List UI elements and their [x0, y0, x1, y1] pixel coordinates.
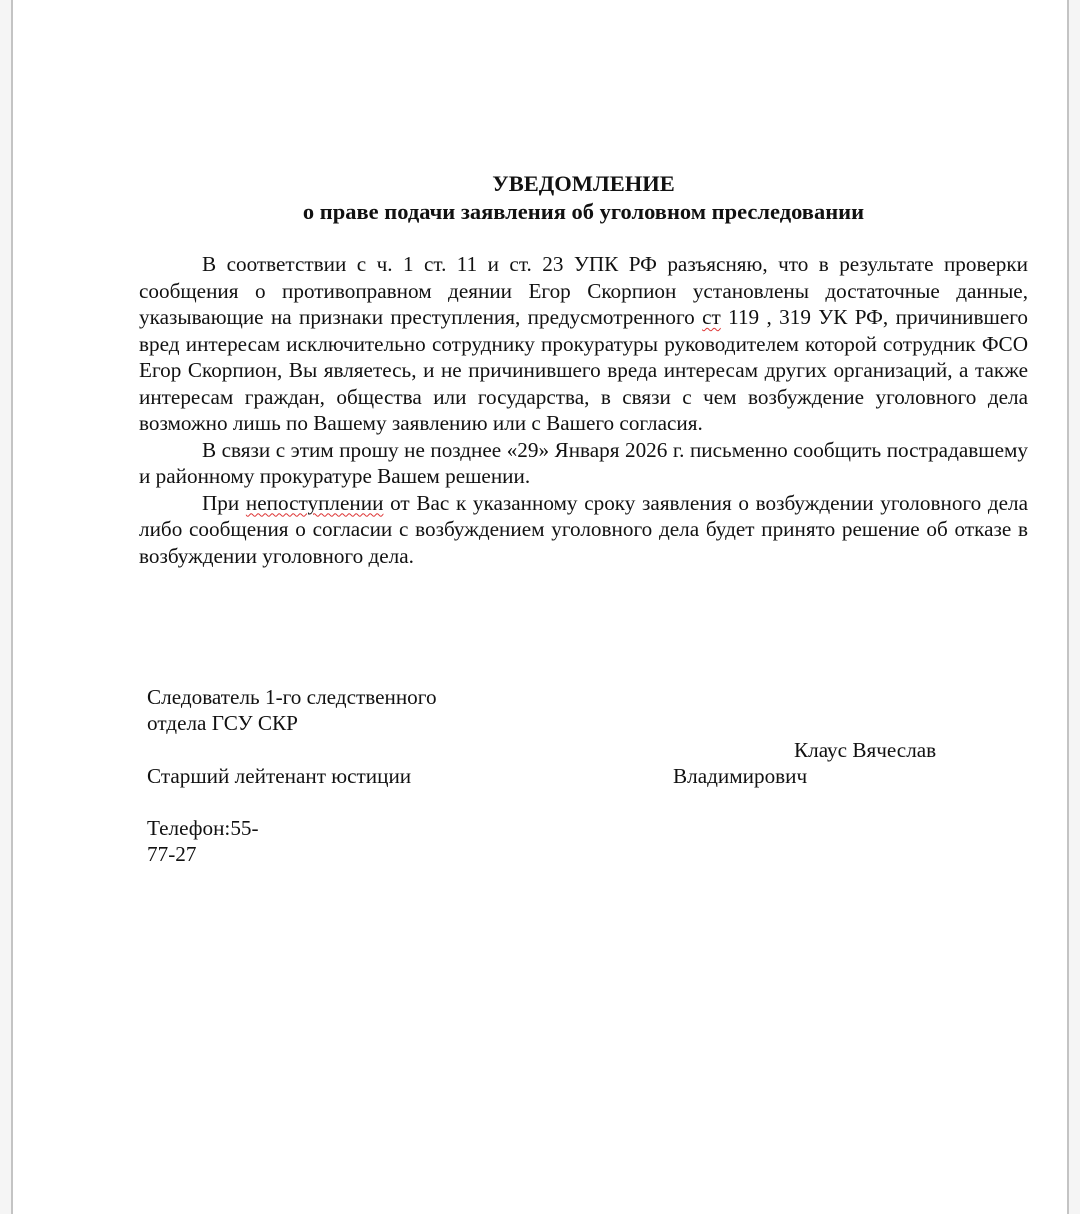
paragraph-text: При [202, 491, 246, 515]
spellcheck-flagged-word[interactable]: непоступлении [246, 491, 384, 515]
signature-position-line1: Следователь 1-го следственного [147, 684, 437, 711]
paragraph-legal-basis: В соответствии с ч. 1 ст. 11 и ст. 23 УП… [139, 251, 1028, 437]
signature-phone-line2: 77-27 [147, 841, 196, 868]
document-body: УВЕДОМЛЕНИЕ о праве подачи заявления об … [139, 170, 1028, 569]
signature-name-line2: Владимирович [673, 763, 807, 790]
document-page: УВЕДОМЛЕНИЕ о праве подачи заявления об … [11, 0, 1069, 1214]
paragraph-consequence: При непоступлении от Вас к указанному ср… [139, 490, 1028, 570]
signature-phone-line1: Телефон:55- [147, 815, 259, 842]
signature-position-line2: отдела ГСУ СКР [147, 710, 298, 737]
signature-rank: Старший лейтенант юстиции [147, 763, 411, 790]
document-title: УВЕДОМЛЕНИЕ [139, 170, 1028, 198]
document-subtitle: о праве подачи заявления об уголовном пр… [139, 198, 1028, 226]
signature-name-line1: Клаус Вячеслав [794, 737, 936, 764]
paragraph-deadline: В связи с этим прошу не позднее «29» Янв… [139, 437, 1028, 490]
spellcheck-flagged-word[interactable]: ст [702, 305, 721, 329]
